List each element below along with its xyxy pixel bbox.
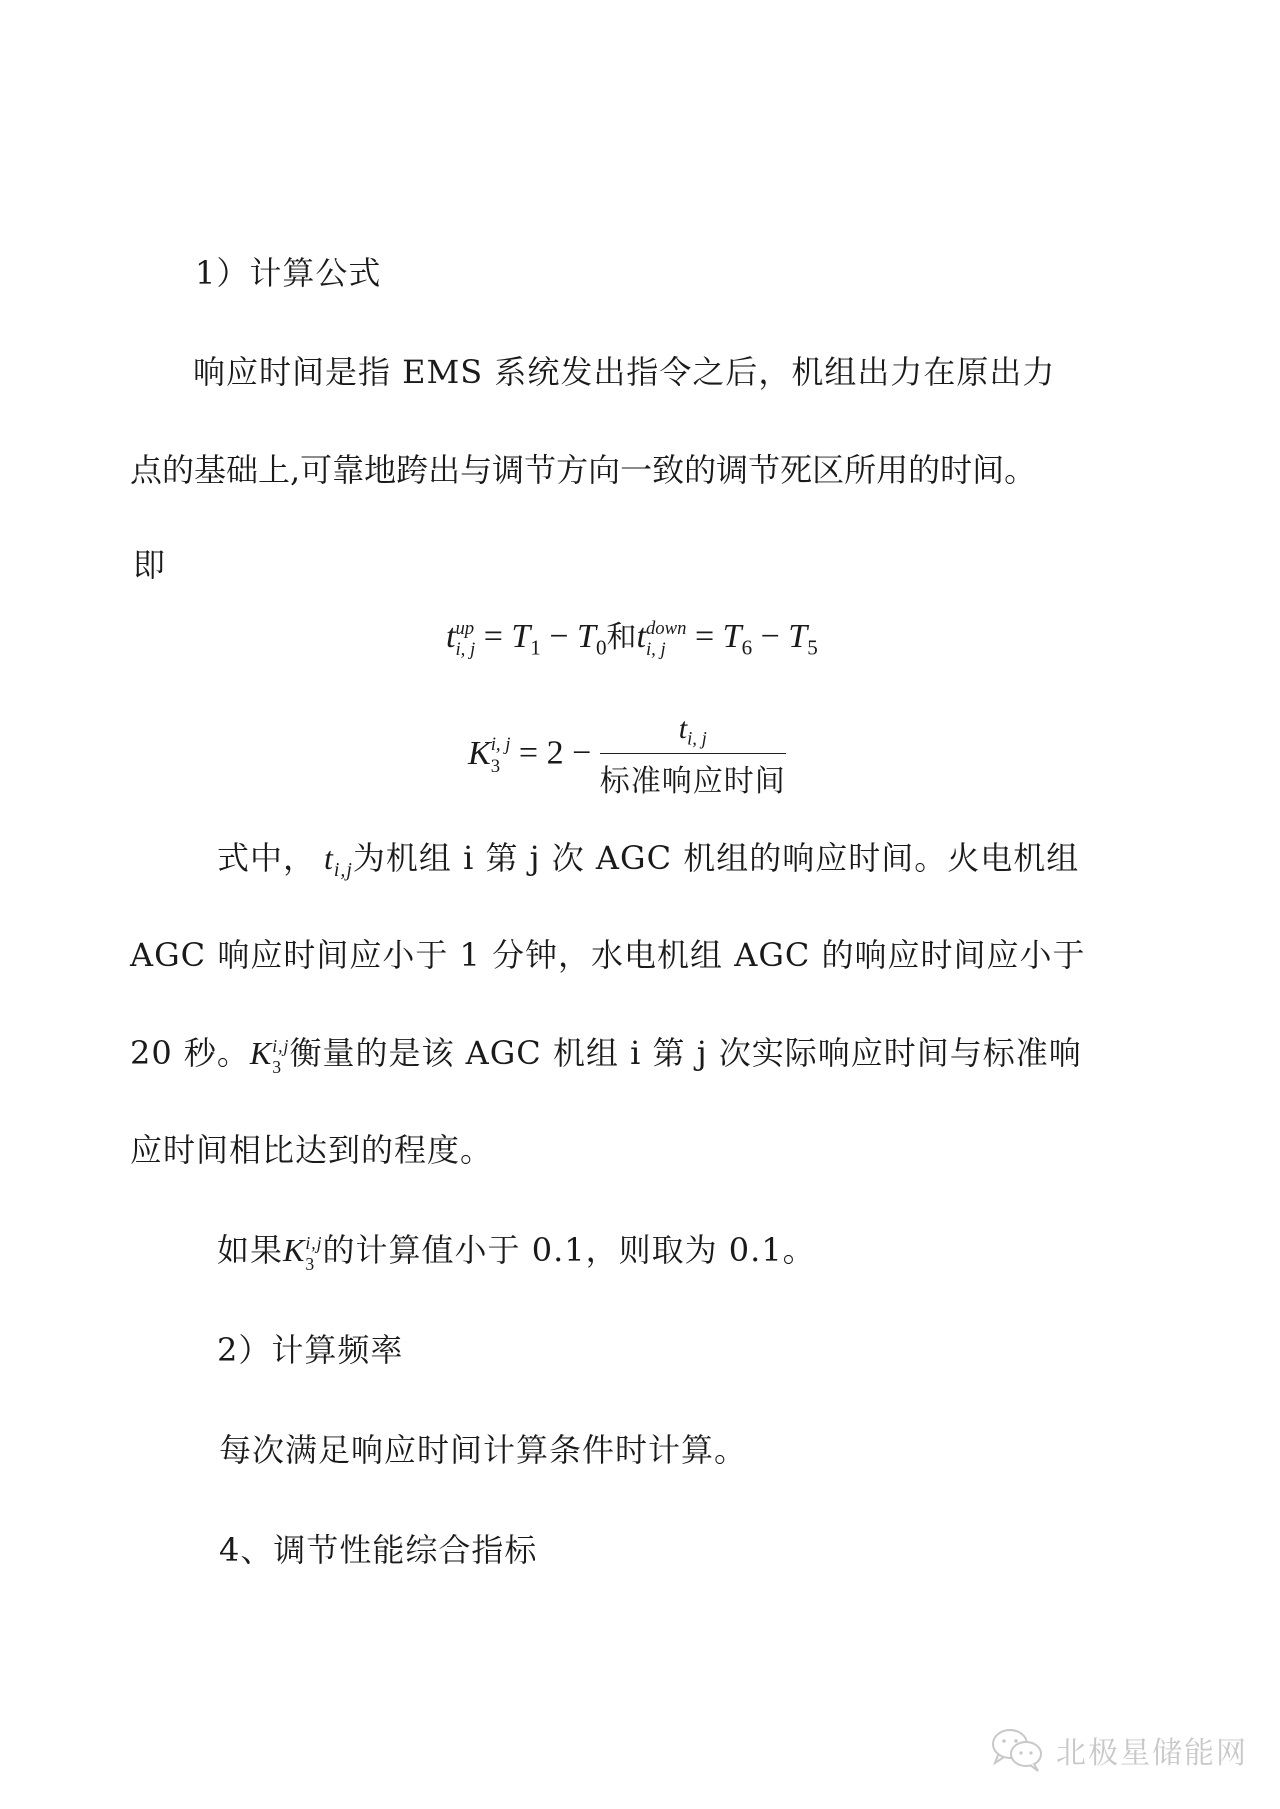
section-heading-calc-formula: 1）计算公式 <box>195 253 381 293</box>
formula-var-t-down: tdowni, j <box>637 618 687 655</box>
paragraph-response-time-line-3: 即 <box>133 545 166 585</box>
section-heading-regulation-performance: 4、调节性能综合指标 <box>219 1530 537 1570</box>
paragraph-definition-line-4: 应时间相比达到的程度。 <box>130 1130 493 1170</box>
paragraph-calc-frequency: 每次满足响应时间计算条件时计算。 <box>219 1430 747 1470</box>
formula-var-t-up: tupi, j <box>446 618 475 655</box>
watermark: 北极星储能网 <box>990 1727 1248 1773</box>
paragraph-definition-line-1: 式中，ti,j为机组 i 第 j 次 AGC 机组的响应时间。火电机组 <box>217 838 1079 890</box>
paragraph-min-value: 如果Ki,j3的计算值小于 0.1，则取为 0.1。 <box>217 1230 816 1273</box>
formula-var-k3: Ki, j3 <box>468 735 510 772</box>
section-heading-calc-frequency: 2）计算频率 <box>217 1330 403 1370</box>
formula-fraction: ti, j标准响应时间 <box>600 712 786 800</box>
paragraph-response-time-line-2: 点的基础上,可靠地跨出与调节方向一致的调节死区所用的时间。 <box>130 450 1036 490</box>
paragraph-definition-line-3: 20 秒。Ki,j3衡量的是该 AGC 机组 i 第 j 次实际响应时间与标准响 <box>130 1033 1082 1076</box>
watermark-text: 北极星储能网 <box>1056 1728 1248 1772</box>
formula-response-time: tupi, j = T1 − T0和tdowni, j = T6 − T5 <box>446 612 818 660</box>
paragraph-definition-line-2: AGC 响应时间应小于 1 分钟，水电机组 AGC 的响应时间应小于 <box>130 935 1086 975</box>
formula-k3: Ki, j3 = 2 − ti, j标准响应时间 <box>468 712 786 800</box>
wechat-icon <box>990 1727 1046 1773</box>
paragraph-response-time-line-1: 响应时间是指 EMS 系统发出指令之后，机组出力在原出力 <box>193 352 1055 392</box>
